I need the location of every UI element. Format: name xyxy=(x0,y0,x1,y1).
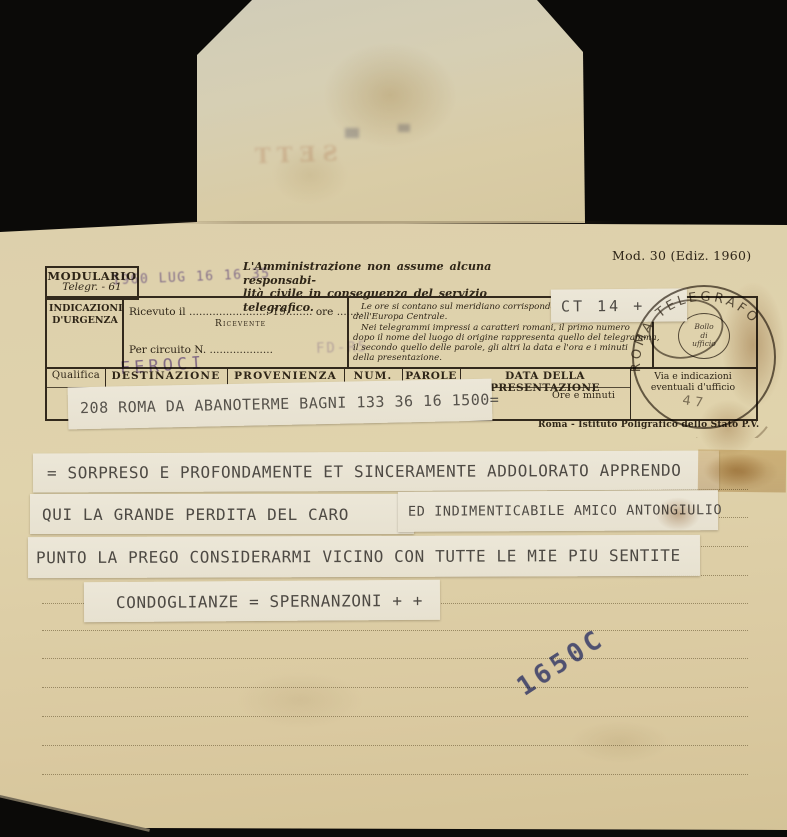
telegram-photo: SETT MODULARIO Telegr. - 61 L'Amministra… xyxy=(0,0,787,837)
message-line-2b: ED INDIMENTICABILE AMICO ANTONGIULIO xyxy=(408,502,722,520)
received-line: Ricevuto il ........................ 19.… xyxy=(129,306,363,318)
message-line-3: PUNTO LA PREGO CONSIDERARMI VICINO CON T… xyxy=(36,546,681,567)
receiver-label: Ricevente xyxy=(215,319,266,329)
urgency-line2: D'URGENZA xyxy=(49,315,121,327)
note-line: il secondo quello delle parole, gli altr… xyxy=(353,343,645,353)
ruled-line xyxy=(42,774,748,775)
stained-tape-end xyxy=(698,450,786,493)
svg-text:ROMA TELEGRAFO: ROMA TELEGRAFO xyxy=(629,290,762,373)
urgency-cell: INDICAZIONI D'URGENZA xyxy=(49,303,121,326)
postmark-curved-text: ROMA TELEGRAFO xyxy=(629,290,762,373)
message-line-1: = SORPRESO E PROFONDAMENTE ET SINCERAMEN… xyxy=(47,461,682,483)
message-tape-4: CONDOGLIANZE = SPERNANZONI + + xyxy=(84,580,440,622)
ruled-line xyxy=(42,687,748,688)
message-tape-3: PUNTO LA PREGO CONSIDERARMI VICINO CON T… xyxy=(28,535,700,578)
ink-speck xyxy=(345,128,359,138)
column-provenienza: PROVENIENZA xyxy=(227,370,344,382)
hours-minutes-label: Ore e minuti xyxy=(552,390,615,401)
postmark-digits: 4 7 xyxy=(681,393,704,411)
ink-speck xyxy=(398,124,410,132)
ruled-line xyxy=(42,658,748,659)
ruled-line xyxy=(42,745,748,746)
message-line-4: CONDOGLIANZE = SPERNANZONI + + xyxy=(116,590,423,611)
message-tape-1: = SORPRESO E PROFONDAMENTE ET SINCERAMEN… xyxy=(33,451,719,493)
roma-telegrafo-postmark: ROMA TELEGRAFO 4 7 xyxy=(626,280,784,438)
routing-tape: 208 ROMA DA ABANOTERME BAGNI 133 36 16 1… xyxy=(68,379,493,430)
note-line: dopo il nome del luogo di origine rappre… xyxy=(353,333,645,343)
ghost-show-through-text: SETT xyxy=(248,140,339,168)
faint-circuit-mark: FD-R5 xyxy=(316,339,369,357)
fold-crease xyxy=(150,221,620,224)
column-qualifica: Qualifica xyxy=(47,370,105,381)
message-tape-2a: QUI LA GRANDE PERDITA DEL CARO xyxy=(30,494,414,534)
ruled-line xyxy=(42,630,748,631)
note-line: della presentazione. xyxy=(353,353,645,363)
message-tape-2b: ED INDIMENTICABILE AMICO ANTONGIULIO xyxy=(398,490,718,532)
routing-text: 208 ROMA DA ABANOTERME BAGNI 133 36 16 1… xyxy=(80,390,500,417)
message-line-2a: QUI LA GRANDE PERDITA DEL CARO xyxy=(42,505,349,524)
form-edition-label: Mod. 30 (Ediz. 1960) xyxy=(612,248,751,263)
ruled-line xyxy=(42,716,748,717)
postmark-outer-ring xyxy=(633,286,775,428)
urgency-line1: INDICAZIONI xyxy=(49,303,121,315)
disclaimer-line1: L'Amministrazione non assume alcuna resp… xyxy=(243,259,491,287)
envelope-flap xyxy=(197,0,585,223)
note-line: Nei telegrammi impressi a caratteri roma… xyxy=(353,323,645,333)
